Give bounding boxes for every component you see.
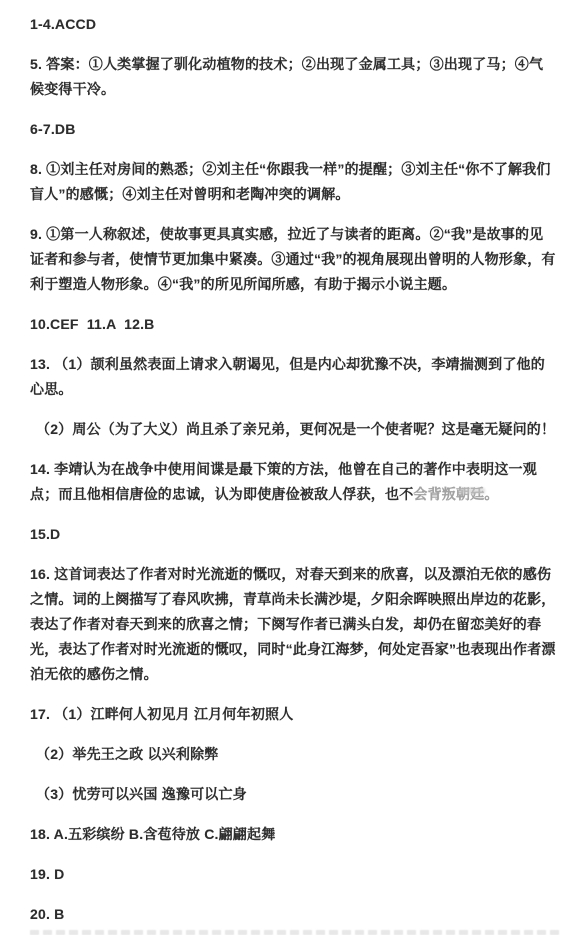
answer-text: 15.D bbox=[30, 526, 60, 542]
answer-sheet-document: 1-4.ACCD5. 答案：①人类掌握了驯化动植物的技术；②出现了金属工具；③出… bbox=[0, 0, 587, 935]
answer-item-10-12: 10.CEF 11.A 12.B bbox=[30, 312, 557, 337]
answer-item-5: 5. 答案：①人类掌握了驯化动植物的技术；②出现了金属工具；③出现了马；④气候变… bbox=[30, 52, 557, 102]
answer-item-19: 19. D bbox=[30, 862, 557, 887]
answer-item-17-2: （2）举先王之政 以兴利除弊 bbox=[30, 742, 557, 767]
answer-text: 8. ①刘主任对房间的熟悉；②刘主任“你跟我一样”的提醒；③刘主任“你不了解我们… bbox=[30, 161, 551, 202]
answer-text: 18. A.五彩缤纷 B.含苞待放 C.翩翩起舞 bbox=[30, 826, 275, 842]
answer-item-8: 8. ①刘主任对房间的熟悉；②刘主任“你跟我一样”的提醒；③刘主任“你不了解我们… bbox=[30, 157, 557, 207]
answer-text: 20. B bbox=[30, 906, 64, 922]
answer-item-1-4: 1-4.ACCD bbox=[30, 12, 557, 37]
answer-text: 16. 这首词表达了作者对时光流逝的慨叹，对春天到来的欣喜，以及漂泊无依的感伤之… bbox=[30, 566, 556, 682]
answers-list: 1-4.ACCD5. 答案：①人类掌握了驯化动植物的技术；②出现了金属工具；③出… bbox=[30, 12, 557, 927]
answer-item-17-1: 17. （1）江畔何人初见月 江月何年初照人 bbox=[30, 702, 557, 727]
answer-text: 6-7.DB bbox=[30, 121, 76, 137]
answer-item-20: 20. B bbox=[30, 902, 557, 927]
answer-item-16: 16. 这首词表达了作者对时光流逝的慨叹，对春天到来的欣喜，以及漂泊无依的感伤之… bbox=[30, 562, 557, 687]
answer-item-6-7: 6-7.DB bbox=[30, 117, 557, 142]
answer-text: 13. （1）颉利虽然表面上请求入朝谒见，但是内心却犹豫不决，李靖揣测到了他的心… bbox=[30, 356, 545, 397]
answer-text: （2）周公（为了大义）尚且杀了亲兄弟，更何况是一个使者呢？这是毫无疑问的！ bbox=[36, 421, 555, 437]
cutoff-partial-text-line bbox=[30, 930, 561, 935]
answer-text: 10.CEF 11.A 12.B bbox=[30, 316, 154, 332]
answer-text: （2）举先王之政 以兴利除弊 bbox=[36, 746, 218, 762]
answer-text: 19. D bbox=[30, 866, 64, 882]
answer-item-15: 15.D bbox=[30, 522, 557, 547]
answer-text: 5. 答案：①人类掌握了驯化动植物的技术；②出现了金属工具；③出现了马；④气候变… bbox=[30, 56, 543, 97]
answer-item-13-2: （2）周公（为了大义）尚且杀了亲兄弟，更何况是一个使者呢？这是毫无疑问的！ bbox=[30, 417, 557, 442]
answer-item-13-1: 13. （1）颉利虽然表面上请求入朝谒见，但是内心却犹豫不决，李靖揣测到了他的心… bbox=[30, 352, 557, 402]
answer-text: 17. （1）江畔何人初见月 江月何年初照人 bbox=[30, 706, 293, 722]
answer-text: 9. ①第一人称叙述，使故事更具真实感，拉近了与读者的距离。②“我”是故事的见证… bbox=[30, 226, 556, 292]
answer-item-17-3: （3）忧劳可以兴国 逸豫可以亡身 bbox=[30, 782, 557, 807]
answer-item-18: 18. A.五彩缤纷 B.含苞待放 C.翩翩起舞 bbox=[30, 822, 557, 847]
answer-text: 1-4.ACCD bbox=[30, 16, 96, 32]
answer-item-14: 14. 李靖认为在战争中使用间谍是最下策的方法，他曾在自己的著作中表明这一观点；… bbox=[30, 457, 557, 507]
smudge-artifact bbox=[459, 488, 485, 494]
faded-answer-text: 会背叛朝廷。 bbox=[413, 486, 498, 502]
answer-text: （3）忧劳可以兴国 逸豫可以亡身 bbox=[36, 786, 247, 802]
answer-item-9: 9. ①第一人称叙述，使故事更具真实感，拉近了与读者的距离。②“我”是故事的见证… bbox=[30, 222, 557, 297]
